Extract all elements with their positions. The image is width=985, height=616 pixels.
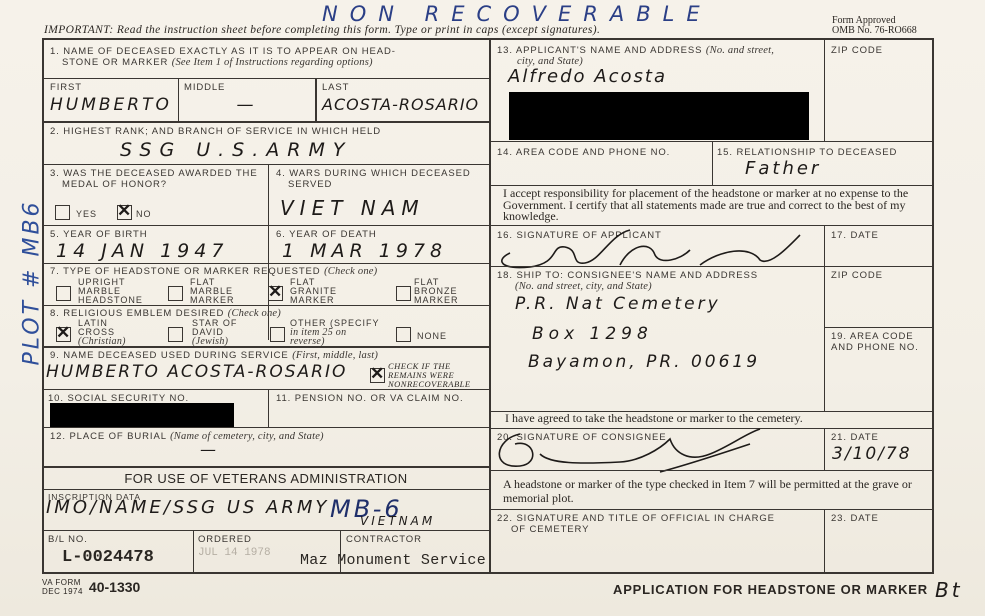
divider <box>824 509 825 573</box>
item14-label: 14. AREA CODE AND PHONE NO. <box>497 147 670 158</box>
opt-line: HEADSTONE <box>78 296 143 305</box>
item4-label: 4. WARS DURING WHICH DECEASED <box>276 168 471 179</box>
item15-value: Father <box>745 158 821 179</box>
item5-value: 14 JAN 1947 <box>56 240 228 262</box>
headstone-flat-bronze-checkbox[interactable] <box>396 286 411 301</box>
divider <box>193 530 194 573</box>
permit-text: A headstone or marker of the type checke… <box>503 477 928 505</box>
form-label2: DEC 1974 <box>42 587 83 596</box>
footer-initials: Bt <box>935 578 963 602</box>
opt-line: MARKER <box>290 296 337 305</box>
middle-name-value: — <box>184 95 309 115</box>
bl-number-field: B/L NO. L-0024478 <box>48 534 154 567</box>
item12-value: — <box>200 440 219 459</box>
headstone-flat-marble-checkbox[interactable] <box>168 286 183 301</box>
form-approved: Form Approved OMB No. 76-RO668 <box>832 16 917 36</box>
item19-label-line1: 19. AREA CODE <box>831 331 919 342</box>
item12-label: 12. PLACE OF BURIAL (Name of cemetery, c… <box>50 431 324 442</box>
item12-label-italic: (Name of cemetery, city, and State) <box>170 431 324 442</box>
divider <box>42 121 490 123</box>
form-right-border <box>932 38 934 573</box>
item2-field[interactable]: 2. HIGHEST RANK; AND BRANCH OF SERVICE I… <box>50 126 381 161</box>
item1-label-italic: (See Item 1 of Instructions regarding op… <box>172 57 373 68</box>
item19-label-line2: AND PHONE NO. <box>831 342 919 353</box>
form-number: 40-1330 <box>89 579 140 595</box>
form-label1: VA FORM <box>42 578 83 587</box>
divider <box>824 327 933 328</box>
signature-icon <box>490 424 790 474</box>
emblem-none-checkbox[interactable] <box>396 327 411 342</box>
divider <box>824 428 825 470</box>
item4-label2: SERVED <box>276 179 471 190</box>
divider <box>42 489 490 490</box>
item5-label: 5. YEAR OF BIRTH <box>50 229 228 240</box>
divider <box>42 78 490 79</box>
ordered-value: JUL 14 1978 <box>198 547 271 559</box>
divider <box>268 389 269 427</box>
margin-plot-note: PLOT # MB6 <box>20 193 45 373</box>
approval-line2: OMB No. 76-RO668 <box>832 26 917 36</box>
applicant-name-value: Alfredo Acosta <box>508 66 667 87</box>
opt-line: MARKER <box>414 296 459 305</box>
headstone-flat-granite-checkbox[interactable] <box>268 286 283 301</box>
item9-label-italic: (First, middle, last) <box>292 350 378 361</box>
emblem-other-label: OTHER (Specify in item 25 on reverse) <box>290 319 380 346</box>
emblem-star-of-david-label: STAR OF DAVID (Jewish) <box>192 319 237 346</box>
ship-to-line3: Bayamon, PR. 00619 <box>528 352 760 372</box>
headstone-flat-marble-label: FLAT MARBLE MARKER <box>190 278 235 305</box>
form-bottom-border <box>42 572 934 574</box>
emblem-latin-cross-checkbox[interactable] <box>56 327 71 342</box>
item1-label2: STONE OR MARKER <box>62 57 168 68</box>
item6-label: 6. YEAR OF DEATH <box>276 229 447 240</box>
divider <box>42 263 490 264</box>
item12-label-text: 12. PLACE OF BURIAL <box>50 431 167 442</box>
item11-label: 11. PENSION NO. OR VA CLAIM NO. <box>276 393 464 404</box>
divider <box>712 141 713 185</box>
headstone-flat-granite-label: FLAT GRANITE MARKER <box>290 278 337 305</box>
item22-label: 22. SIGNATURE AND TITLE OF OFFICIAL IN C… <box>497 513 775 535</box>
divider <box>42 427 490 428</box>
item15-label: 15. RELATIONSHIP TO DECEASED <box>717 147 897 158</box>
divider <box>490 509 933 510</box>
item18-label-2: (No. and street, city, and State) <box>515 281 652 292</box>
nonrecoverable-checkbox[interactable] <box>370 368 385 383</box>
important-notice: IMPORTANT: Read the instruction sheet be… <box>44 24 600 36</box>
va-use-heading: FOR USE OF VETERANS ADMINISTRATION <box>42 471 490 486</box>
ordered-field: ORDERED JUL 14 1978 <box>198 534 271 559</box>
inscription-value2: VIETNAM <box>360 514 435 528</box>
middle-name-field[interactable]: MIDDLE — <box>184 82 309 115</box>
consignee-agreement-text: I have agreed to take the headstone or m… <box>505 413 803 425</box>
item17-label: 17. DATE <box>831 230 879 241</box>
divider <box>42 346 490 348</box>
last-name-value: ACOSTA-ROSARIO <box>322 95 479 114</box>
divider <box>42 164 490 165</box>
medal-no-label: NO <box>136 210 152 219</box>
headstone-upright-marble-label: UPRIGHT MARBLE HEADSTONE <box>78 278 143 305</box>
emblem-none-label: NONE <box>417 332 447 341</box>
last-name-label: LAST <box>322 82 479 93</box>
item1-label-line2: STONE OR MARKER (See Item 1 of Instructi… <box>50 57 480 68</box>
item6-value: 1 MAR 1978 <box>282 240 447 262</box>
item3-field: 3. WAS THE DECEASED AWARDED THE MEDAL OF… <box>50 168 258 190</box>
signature-icon <box>490 225 820 275</box>
item1-field: 1. NAME OF DECEASED EXACTLY AS IT IS TO … <box>50 46 480 68</box>
item7-label-italic: (Check one) <box>324 266 377 277</box>
item7-label-text: 7. TYPE OF HEADSTONE OR MARKER REQUESTED <box>50 266 321 277</box>
headstone-flat-bronze-label: FLAT BRONZE MARKER <box>414 278 459 305</box>
middle-name-label: MIDDLE <box>184 82 309 93</box>
item4-field[interactable]: 4. WARS DURING WHICH DECEASED SERVED VIE… <box>276 168 471 220</box>
item5-field[interactable]: 5. YEAR OF BIRTH 14 JAN 1947 <box>50 229 228 262</box>
item22-label-line2: OF CEMETERY <box>497 524 775 535</box>
divider <box>490 266 933 267</box>
form-top-border <box>42 38 933 40</box>
item19-label: 19. AREA CODE AND PHONE NO. <box>831 331 919 353</box>
certification-text: I accept responsibility for placement of… <box>503 188 923 223</box>
divider <box>42 389 490 390</box>
stamp-non-recoverable: NON RECOVERABLE <box>322 2 712 26</box>
divider <box>42 225 490 226</box>
item9-label: 9. NAME DECEASED USED DURING SERVICE (Fi… <box>50 350 378 361</box>
emblem-star-of-david-checkbox[interactable] <box>168 327 183 342</box>
item1-label: 1. NAME OF DECEASED EXACTLY AS IT IS TO … <box>50 46 480 57</box>
item13-label-text: 13. APPLICANT'S NAME AND ADDRESS <box>497 45 702 56</box>
divider <box>490 470 933 471</box>
item2-value: SSG U.S.ARMY <box>120 139 381 161</box>
opt-line: MARKER <box>190 296 235 305</box>
ship-to-line2: Box 1298 <box>532 324 653 344</box>
contractor-label: CONTRACTOR <box>346 534 422 545</box>
form-paper: NON RECOVERABLE IMPORTANT: Read the inst… <box>0 0 985 616</box>
last-name-field[interactable]: LAST ACOSTA-ROSARIO <box>322 82 479 114</box>
first-name-label: FIRST <box>50 82 172 93</box>
divider <box>42 530 490 531</box>
ssn-redaction <box>50 403 234 427</box>
nonrecoverable-label: CHECK IF THE REMAINS WERE NONRECOVERABLE <box>388 362 471 389</box>
item18-zip-label: ZIP CODE <box>831 270 883 281</box>
divider <box>42 466 490 468</box>
divider <box>824 266 825 411</box>
item3-label: 3. WAS THE DECEASED AWARDED THE <box>50 168 258 179</box>
divider <box>178 78 179 122</box>
first-name-field[interactable]: FIRST HUMBERTO <box>50 82 172 115</box>
item13-label: 13. APPLICANT'S NAME AND ADDRESS (No. an… <box>497 45 774 56</box>
item4-value: VIET NAM <box>280 196 471 220</box>
medal-yes-label: YES <box>76 210 97 219</box>
footer-form-id: VA FORM DEC 1974 40-1330 <box>42 578 140 596</box>
item3-label2: MEDAL OF HONOR? <box>50 179 258 190</box>
divider <box>315 78 317 122</box>
divider <box>42 305 490 306</box>
emblem-latin-cross-label: LATIN CROSS (Christian) <box>78 319 126 346</box>
divider <box>824 225 825 267</box>
form-label-block: VA FORM DEC 1974 <box>42 578 83 596</box>
item18-label: 18. SHIP TO: CONSIGNEE'S NAME AND ADDRES… <box>497 270 758 281</box>
divider <box>824 38 825 141</box>
item22-label-line1: 22. SIGNATURE AND TITLE OF OFFICIAL IN C… <box>497 513 775 524</box>
item9-label-text: 9. NAME DECEASED USED DURING SERVICE <box>50 350 289 361</box>
item21-value: 3/10/78 <box>832 444 912 464</box>
contractor-value: Maz Monument Service <box>300 552 486 569</box>
item23-label: 23. DATE <box>831 513 879 524</box>
first-name-value: HUMBERTO <box>50 95 172 115</box>
item2-label: 2. HIGHEST RANK; AND BRANCH OF SERVICE I… <box>50 126 381 137</box>
bl-value: L-0024478 <box>62 548 154 567</box>
ordered-label: ORDERED <box>198 534 271 545</box>
item9-value: HUMBERTO ACOSTA-ROSARIO <box>46 362 347 382</box>
medal-no-checkbox[interactable] <box>117 205 132 220</box>
form-title: APPLICATION FOR HEADSTONE OR MARKER <box>613 582 928 597</box>
item13-zip-label: ZIP CODE <box>831 45 883 56</box>
item13-label-italic: (No. and street, <box>706 45 774 56</box>
item7-label: 7. TYPE OF HEADSTONE OR MARKER REQUESTED… <box>50 266 377 277</box>
emblem-other-checkbox[interactable] <box>270 327 285 342</box>
ship-to-line1: P.R. Nat Cemetery <box>515 294 721 314</box>
item6-field[interactable]: 6. YEAR OF DEATH 1 MAR 1978 <box>276 229 447 262</box>
item18-label-italic: (No. and street, city, and State) <box>515 281 652 292</box>
headstone-upright-marble-checkbox[interactable] <box>56 286 71 301</box>
opt-line: NONRECOVERABLE <box>388 380 471 389</box>
applicant-address-redaction <box>509 92 809 140</box>
bl-label: B/L NO. <box>48 534 154 545</box>
inscription-value: IMO/NAME/SSG US ARMY <box>46 497 329 518</box>
medal-yes-checkbox[interactable] <box>55 205 70 220</box>
item21-label: 21. DATE <box>831 432 879 443</box>
